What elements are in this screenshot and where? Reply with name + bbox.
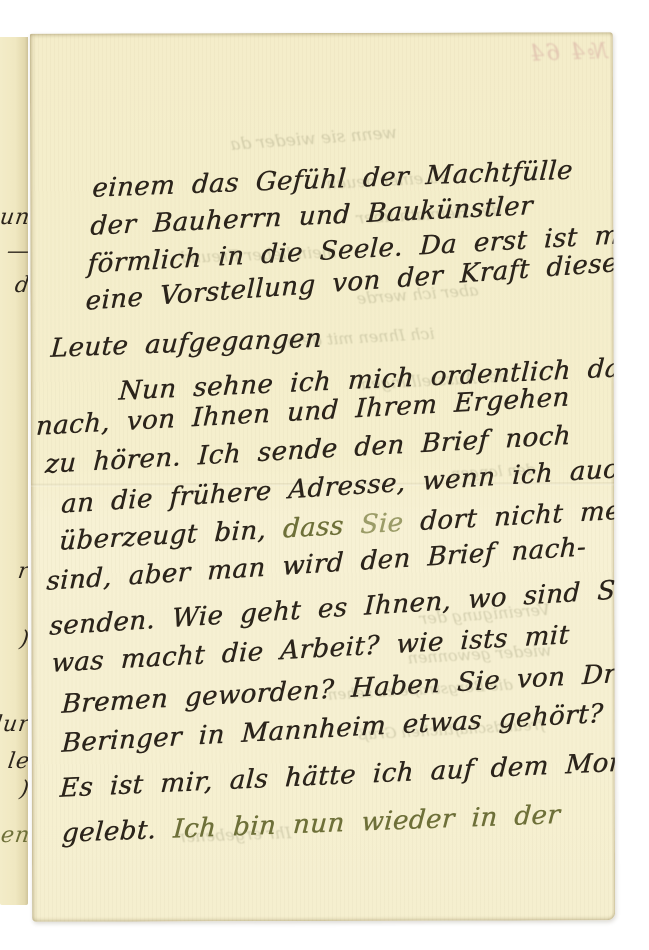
ink-bleedthrough-fragment: wenn sie wieder da	[230, 123, 398, 155]
handwriting-segment: Sie	[360, 508, 404, 540]
corner-mark: №4 64	[527, 39, 608, 67]
handwriting-segment: überzeugt bin,	[58, 514, 283, 556]
adjacent-page-edge: un—dr)durle)en	[0, 37, 28, 905]
adjacent-page-ink-fragment: )	[19, 627, 28, 652]
handwriting-lines: einem das Gefühl der Machtfülleder Bauhe…	[30, 32, 613, 34]
bleedthrough-layer: wenn sie wieder dazu einer neuender Heim…	[30, 32, 613, 34]
adjacent-page-ink-fragment: dur	[0, 712, 28, 737]
handwriting-line: gelebt. Ich bin nun wieder in der	[61, 798, 562, 851]
adjacent-page-ink-fragment: un	[0, 205, 28, 230]
handwriting-segment: gelebt.	[61, 814, 174, 848]
handwriting-line: Leute aufgegangen	[50, 321, 324, 365]
adjacent-page-ink-fragment: d	[13, 273, 28, 298]
adjacent-page-ink-fragment: )	[19, 777, 28, 802]
handwriting-segment: Leute aufgegangen	[50, 323, 323, 363]
handwriting-segment: dass	[282, 510, 361, 544]
letter-scan: un—dr)durle)en wenn sie wieder dazu eine…	[0, 0, 649, 950]
adjacent-page-ink-fragment: r	[17, 559, 28, 584]
letter-page: wenn sie wieder dazu einer neuender Heim…	[30, 32, 615, 922]
adjacent-page-ink-fragment: —	[5, 239, 28, 264]
adjacent-page-ink-fragment: le	[6, 749, 28, 774]
handwriting-segment: Ich bin nun wieder in der	[172, 800, 561, 845]
adjacent-page-ink-fragment: en	[0, 823, 28, 848]
